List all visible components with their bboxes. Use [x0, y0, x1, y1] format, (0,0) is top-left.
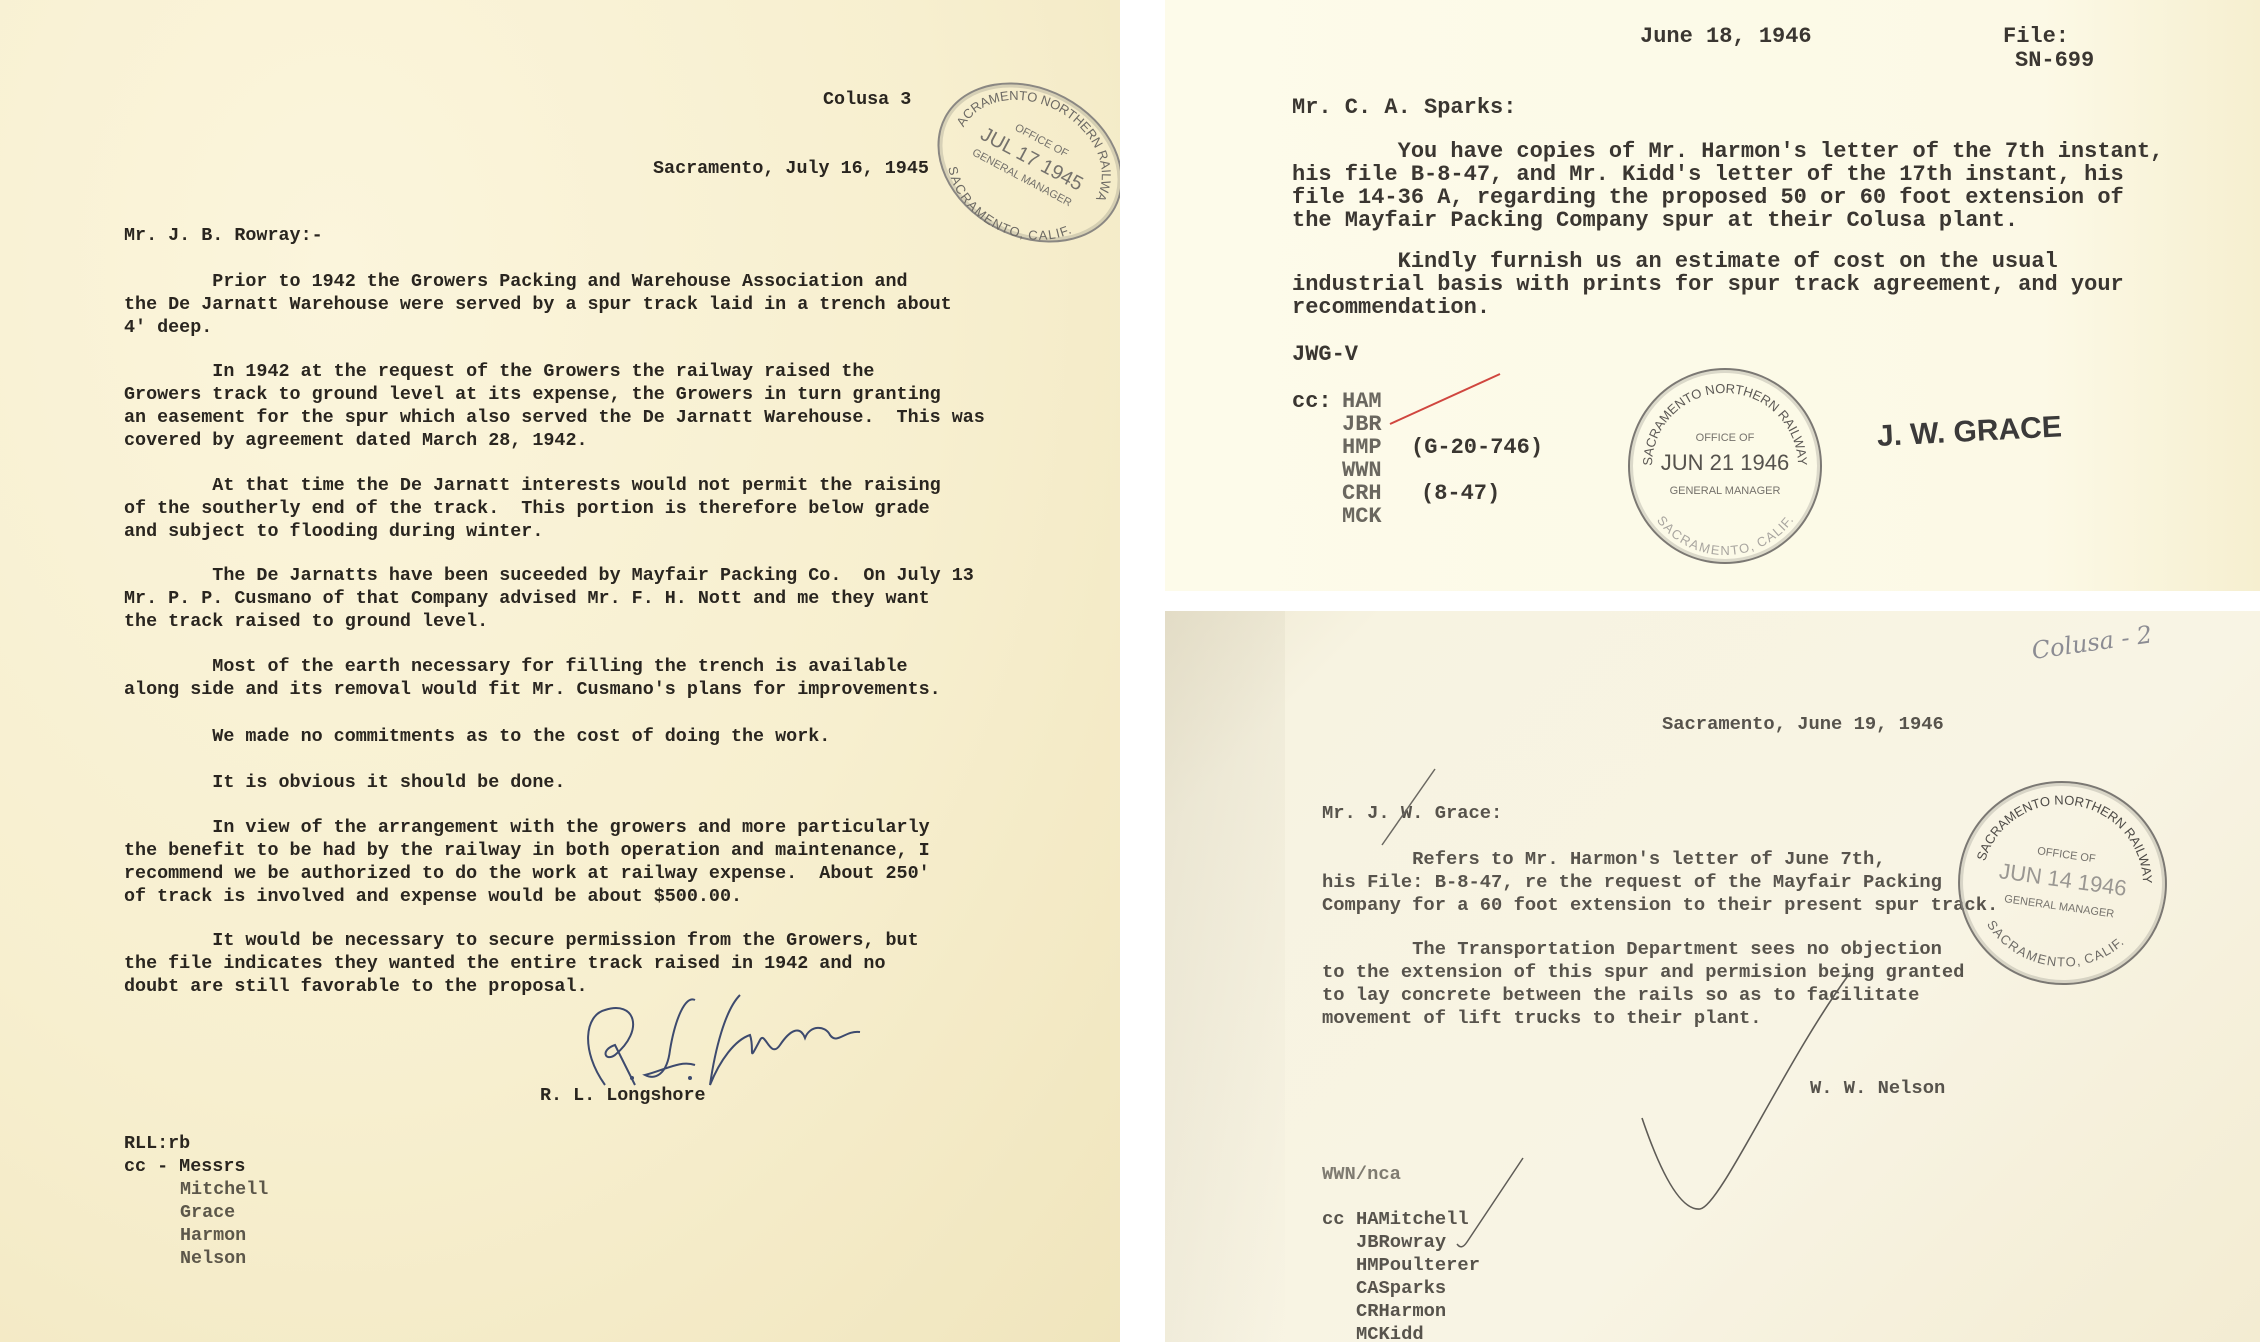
svg-text:Colusa - 2: Colusa - 2 [2030, 620, 2154, 665]
letter-july-16-1945: Colusa 3 Sacramento, July 16, 1945 Mr. J… [0, 0, 1120, 1342]
typist-initials: JWG-V [1292, 343, 1358, 367]
cc-label: cc: [1292, 390, 1332, 414]
paragraph-line: At that time the De Jarnatt interests wo… [124, 474, 941, 497]
paragraph-line: The De Jarnatts have been suceeded by Ma… [124, 564, 974, 587]
paragraph-line: of the southerly end of the track. This … [124, 497, 930, 520]
cc-file-ref: (8-47) [1421, 482, 1500, 506]
date-line: Sacramento, June 19, 1946 [1662, 712, 1944, 736]
paper-fold-shadow [1165, 611, 1285, 1342]
paragraph-line: It would be necessary to secure permissi… [124, 929, 919, 952]
small-check-mark [1455, 1156, 1525, 1251]
paragraph-line: along side and its removal would fit Mr.… [124, 678, 941, 701]
paragraph-line: the benefit to be had by the railway in … [124, 839, 930, 862]
paragraph-line: Prior to 1942 the Growers Packing and Wa… [124, 270, 908, 293]
stamp-date: JUN 21 1946 [1630, 450, 1820, 476]
received-stamp: SACRAMENTO NORTHERN RAILWAY SACRAMENTO, … [1945, 767, 2180, 998]
paragraph-line: the De Jarnatt Warehouse were served by … [124, 293, 952, 316]
paragraph-line: and subject to flooding during winter. [124, 520, 543, 543]
paragraph-line: the file indicates they wanted the entir… [124, 952, 886, 975]
cc-recipient: HAM [1342, 390, 1382, 414]
signer-name: W. W. Nelson [1810, 1076, 1945, 1100]
received-stamp: SACRAMENTO NORTHERN RAILWAY SACRAMENTO, … [909, 51, 1120, 274]
stamp-office: OFFICE OF [1630, 432, 1820, 444]
paragraph-line: It is obvious it should be done. [124, 771, 565, 794]
cc-label: cc - Messrs [124, 1155, 245, 1178]
paragraph-line: Most of the earth necessary for filling … [124, 655, 908, 678]
cc-recipient: CASparks [1356, 1276, 1446, 1300]
paragraph-line: an easement for the spur which also serv… [124, 406, 985, 429]
paragraph-line: Growers track to ground level at its exp… [124, 383, 941, 406]
file-reference: Colusa 3 [823, 88, 911, 111]
received-stamp: SACRAMENTO NORTHERN RAILWAY SACRAMENTO, … [1628, 368, 1822, 564]
letter-june-18-1946: June 18, 1946 File: SN-699 Mr. C. A. Spa… [1165, 0, 2260, 591]
name-stamp: J. W. GRACE [1876, 410, 2063, 454]
signer-name: R. L. Longshore [540, 1084, 706, 1107]
paragraph-line: of track is involved and expense would b… [124, 885, 742, 908]
cc-recipient: HMP [1342, 436, 1382, 460]
letter-june-19-1946: Colusa - 2 Sacramento, June 19, 1946 Mr.… [1165, 611, 2260, 1342]
pen-slash-mark [1380, 767, 1440, 847]
paragraph-line: Company for a 60 foot extension to their… [1322, 893, 1998, 917]
paragraph-line: Mr. P. P. Cusmano of that Company advise… [124, 587, 930, 610]
red-check-mark [1385, 370, 1505, 430]
cc-recipient: Nelson [180, 1247, 246, 1270]
paragraph-line: We made no commitments as to the cost of… [124, 725, 830, 748]
typist-initials: RLL:rb [124, 1132, 190, 1155]
file-number: SN-699 [2015, 49, 2094, 73]
cc-label: cc [1322, 1207, 1345, 1231]
salutation: Mr. J. B. Rowray:- [124, 224, 323, 247]
handwritten-note: Colusa - 2 [2033, 629, 2223, 669]
paragraph-line: the Mayfair Packing Company spur at thei… [1292, 209, 2018, 233]
salutation: Mr. C. A. Sparks: [1292, 96, 1516, 120]
cc-recipient: JBRowray [1356, 1230, 1446, 1254]
paragraph-line: 4' deep. [124, 316, 212, 339]
paragraph-line: The Transportation Department sees no ob… [1322, 937, 1942, 961]
cc-recipient: MCK [1342, 505, 1382, 529]
file-label: File: [2003, 25, 2069, 49]
paragraph-line: industrial basis with prints for spur tr… [1292, 273, 2124, 297]
cc-recipient: CRHarmon [1356, 1299, 1446, 1323]
paragraph-line: recommend we be authorized to do the wor… [124, 862, 930, 885]
svg-text:SACRAMENTO, CALIF.: SACRAMENTO, CALIF. [1654, 513, 1796, 558]
cc-recipient: HAMitchell [1356, 1207, 1469, 1231]
date-line: June 18, 1946 [1640, 25, 1812, 49]
paragraph-line: doubt are still favorable to the proposa… [124, 975, 588, 998]
paragraph-line: his File: B-8-47, re the request of the … [1322, 870, 1942, 894]
paragraph-line: In 1942 at the request of the Growers th… [124, 360, 874, 383]
paragraph-line: In view of the arrangement with the grow… [124, 816, 930, 839]
svg-text:SACRAMENTO, CALIF.: SACRAMENTO, CALIF. [1979, 916, 2127, 979]
paragraph-line: Kindly furnish us an estimate of cost on… [1292, 250, 2058, 274]
cc-recipient: Harmon [180, 1224, 246, 1247]
paragraph-line: the track raised to ground level. [124, 610, 488, 633]
paragraph-line: file 14-36 A, regarding the proposed 50 … [1292, 186, 2124, 210]
cc-recipient: Grace [180, 1201, 235, 1224]
stamp-title: GENERAL MANAGER [1630, 485, 1820, 497]
paragraph-line: Refers to Mr. Harmon's letter of June 7t… [1322, 847, 1886, 871]
typist-initials: WWN/nca [1322, 1162, 1401, 1186]
cc-recipient: CRH [1342, 482, 1382, 506]
date-line: Sacramento, July 16, 1945 [653, 157, 929, 180]
cc-recipient: Mitchell [180, 1178, 268, 1201]
cc-recipient: HMPoulterer [1356, 1253, 1480, 1277]
paragraph-line: his file B-8-47, and Mr. Kidd's letter o… [1292, 163, 2124, 187]
cc-file-ref: (G-20-746) [1411, 436, 1543, 460]
paragraph-line: You have copies of Mr. Harmon's letter o… [1292, 140, 2163, 164]
handwritten-signature [575, 990, 865, 1090]
paragraph-line: recommendation. [1292, 296, 1490, 320]
cc-recipient: JBR [1342, 413, 1382, 437]
cc-recipient: WWN [1342, 459, 1382, 483]
cc-recipient: MCKidd [1356, 1322, 1424, 1342]
paragraph-line: covered by agreement dated March 28, 194… [124, 429, 588, 452]
